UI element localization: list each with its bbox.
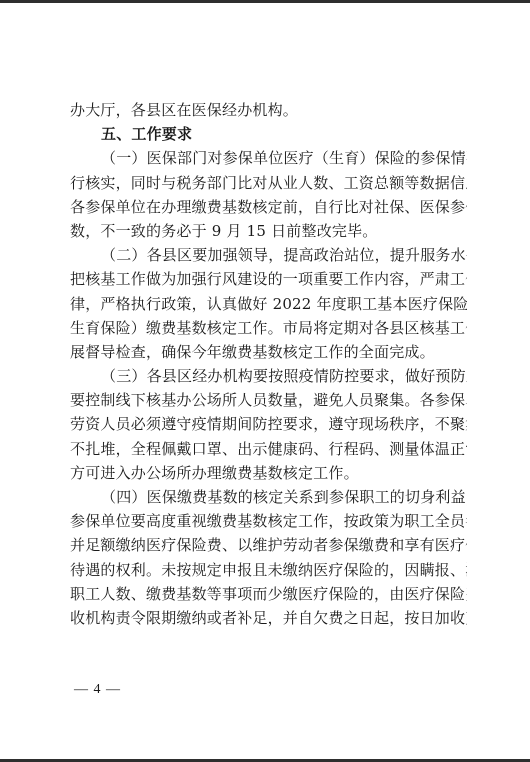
paragraph-line: 方可进入办公场所办理缴费基数核定工作。 — [70, 461, 467, 485]
paragraph-line: 律，严格执行政策，认真做好 2022 年度职工基本医疗保险（含 — [70, 292, 467, 316]
page-number: — 4 — — [74, 681, 121, 699]
paragraph-line: 展督导检查，确保今年缴费基数核定工作的全面完成。 — [70, 340, 467, 364]
paragraph-3: （三）各县区经办机构要按照疫情防控要求，做好预防工作。 要控制线下核基办公场所人… — [70, 364, 467, 485]
paragraph-line: 并足额缴纳医疗保险费、以维护劳动者参保缴费和享有医疗保险 — [70, 533, 467, 557]
paragraph-line: 不扎堆，全程佩戴口罩、出示健康码、行程码、测量体温正常后 — [70, 437, 467, 461]
viewer-top-edge — [0, 0, 530, 3]
paragraph-line: （四）医保缴费基数的核定关系到参保职工的切身利益，各 — [70, 485, 467, 509]
paragraph-line: 要控制线下核基办公场所人员数量，避免人员聚集。各参保单位 — [70, 388, 467, 412]
section-heading: 五、工作要求 — [70, 122, 467, 146]
paragraph-line: 各参保单位在办理缴费基数核定前，自行比对社保、医保参保人 — [70, 195, 467, 219]
paragraph-line: 劳资人员必须遵守疫情期间防控要求，遵守现场秩序，不聚集、 — [70, 412, 467, 436]
paragraph-line: （一）医保部门对参保单位医疗（生育）保险的参保情况进 — [70, 146, 467, 170]
paragraph-4: （四）医保缴费基数的核定关系到参保职工的切身利益，各 参保单位要高度重视缴费基数… — [70, 485, 467, 630]
paragraph-1: （一）医保部门对参保单位医疗（生育）保险的参保情况进 行核实，同时与税务部门比对… — [70, 146, 467, 243]
paragraph-line: 参保单位要高度重视缴费基数核定工作，按政策为职工全员参保 — [70, 509, 467, 533]
paragraph-2: （二）各县区要加强领导，提高政治站位，提升服务水平， 把核基工作做为加强行风建设… — [70, 243, 467, 364]
paragraph-line: 行核实，同时与税务部门比对从业人数、工资总额等数据信息。 — [70, 171, 467, 195]
paragraph-line: （三）各县区经办机构要按照疫情防控要求，做好预防工作。 — [70, 364, 467, 388]
paragraph-line: 待遇的权利。未按规定申报且未缴纳医疗保险的，因瞒报、漏报 — [70, 558, 467, 582]
document-page-body: 办大厅，各县区在医保经办机构。 五、工作要求 （一）医保部门对参保单位医疗（生育… — [70, 98, 467, 630]
paragraph-line: 职工人数、缴费基数等事项而少缴医疗保险的，由医疗保险费征 — [70, 582, 467, 606]
continuation-line: 办大厅，各县区在医保经办机构。 — [70, 98, 467, 122]
paragraph-line: （二）各县区要加强领导，提高政治站位，提升服务水平， — [70, 243, 467, 267]
paragraph-line: 把核基工作做为加强行风建设的一项重要工作内容，严肃工作纪 — [70, 267, 467, 291]
paragraph-line: 收机构责令限期缴纳或者补足，并自欠费之日起，按日加收万分 — [70, 606, 467, 630]
paragraph-line: 生育保险）缴费基数核定工作。市局将定期对各县区核基工作开 — [70, 316, 467, 340]
paragraph-line: 数，不一致的务必于 9 月 15 日前整改完毕。 — [70, 219, 467, 243]
